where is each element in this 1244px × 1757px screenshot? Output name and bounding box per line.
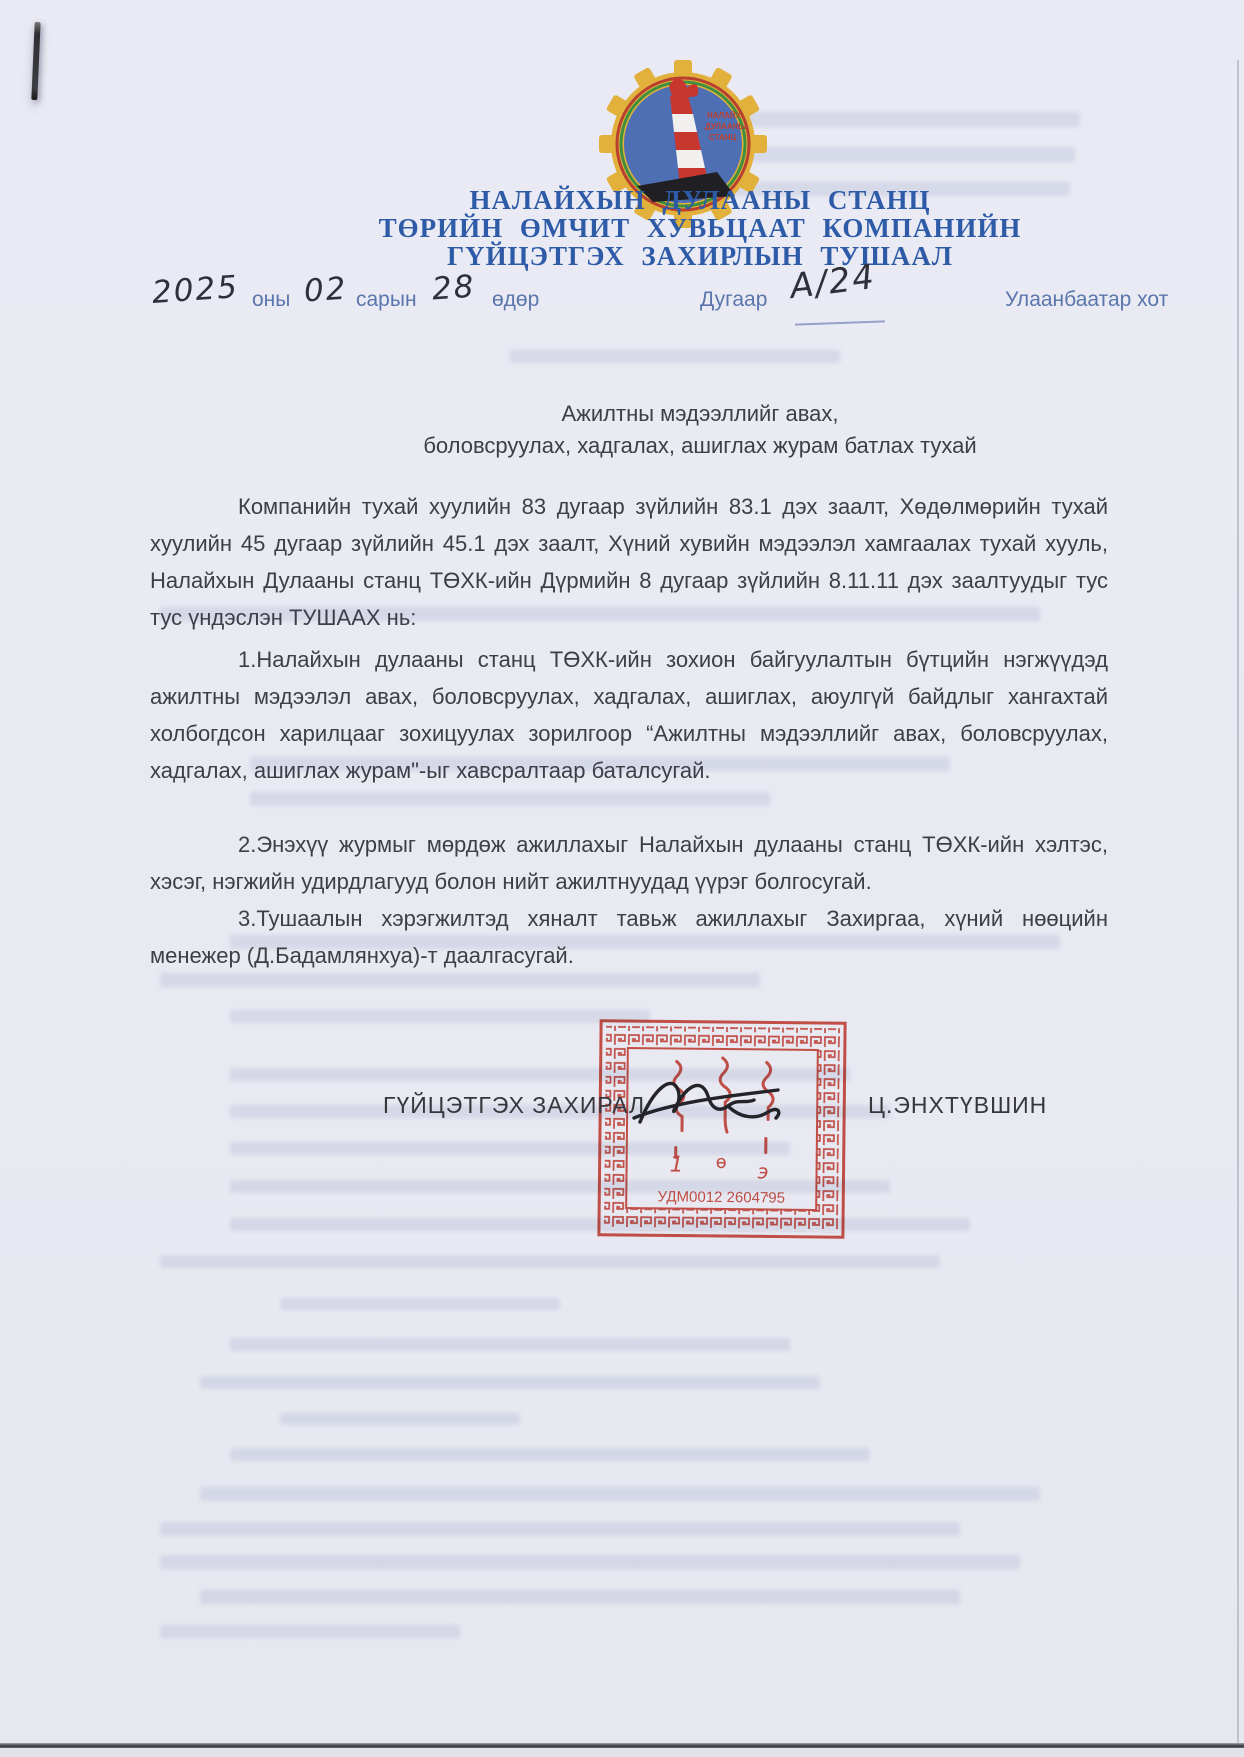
emblem-text-line-1: НАЛАЙХ — [707, 111, 742, 120]
page-edge-shadow — [1237, 60, 1239, 1750]
document-header: НАЛАЙХЫН ДУЛААНЫ СТАНЦ ТӨРИЙН ӨМЧИТ ХУВЬ… — [160, 186, 1240, 270]
svg-text:э: э — [757, 1159, 768, 1183]
paragraph-item-3-text: 3.Тушаалын хэрэгжилтэд хяналт тавьж ажил… — [150, 900, 1108, 974]
label-ony: оны — [252, 288, 290, 312]
paragraph-item-1-text: 1.Налайхын дулааны станц ТӨХК-ийн зохион… — [150, 641, 1108, 789]
ghost-text-line — [280, 1413, 520, 1425]
order-subject: Ажилтны мэдээллийг авах, боловсруулах, х… — [160, 398, 1240, 462]
ghost-text-line — [200, 1376, 820, 1389]
document-type-line: ГҮЙЦЭТГЭХ ЗАХИРЛЫН ТУШААЛ — [160, 242, 1240, 270]
ghost-text-line — [250, 792, 770, 806]
ghost-text-line — [280, 1298, 560, 1310]
ghost-text-line — [510, 350, 840, 363]
paragraph-item-3: 3.Тушаалын хэрэгжилтэд хяналт тавьж ажил… — [150, 900, 1108, 974]
ghost-text-line — [200, 1487, 1040, 1501]
label-dugaar: Дугаар — [700, 288, 767, 312]
city-label: Улаанбаатар хот — [1005, 288, 1168, 312]
signature-row: ГҮЙЦЭТГЭХ ЗАХИРАЛ Ц.ЭНХТҮВШИН — [0, 1090, 1244, 1130]
org-name-line-2: ТӨРИЙН ӨМЧИТ ХУВЬЦААТ КОМПАНИЙН — [160, 214, 1240, 242]
paragraph-item-1: 1.Налайхын дулааны станц ТӨХК-ийн зохион… — [150, 641, 1108, 789]
order-number-underline — [795, 320, 885, 325]
ghost-text-line — [160, 973, 760, 987]
svg-text:1: 1 — [669, 1152, 683, 1177]
ghost-text-line — [160, 1255, 940, 1268]
subject-line-2: боловсруулах, хадгалах, ашиглах журам ба… — [160, 430, 1240, 462]
ghost-text-line — [200, 1590, 960, 1604]
handwritten-month: 02 — [303, 271, 349, 310]
signer-position-label: ГҮЙЦЭТГЭХ ЗАХИРАЛ — [383, 1092, 645, 1119]
handwritten-day: 28 — [431, 269, 477, 308]
staple-mark — [31, 22, 40, 100]
handwritten-year: 2025 — [151, 269, 240, 311]
ghost-text-line — [230, 1338, 790, 1351]
emblem-text-line-3: СТАНЦ — [709, 133, 737, 142]
paragraph-item-2-text: 2.Энэхүү журмыг мөрдөж ажиллахыг Налайхы… — [150, 826, 1108, 900]
paragraph-preamble-text: Компанийн тухай хуулийн 83 дугаар зүйлий… — [150, 488, 1108, 636]
scanned-document-page: НАЛАЙХ ДУЛААНЫ СТАНЦ НАЛАЙХЫН ДУЛААНЫ СТ… — [0, 0, 1244, 1757]
stamp-serial-number: УДМ0012 2604795 — [657, 1188, 785, 1206]
label-odor: өдөр — [492, 288, 539, 312]
ghost-text-line — [160, 1555, 1020, 1569]
ghost-text-line — [230, 1448, 870, 1461]
subject-line-1: Ажилтны мэдээллийг авах, — [160, 398, 1240, 430]
handwritten-signature — [628, 1060, 858, 1150]
ghost-text-line — [160, 1522, 960, 1536]
ghost-text-line — [230, 1010, 650, 1023]
scan-bottom-margin — [0, 1748, 1244, 1757]
svg-text:ѳ: ѳ — [716, 1152, 727, 1173]
ghost-text-line — [160, 1625, 460, 1638]
emblem-text-line-2: ДУЛААНЫ — [705, 122, 746, 131]
paragraph-preamble: Компанийн тухай хуулийн 83 дугаар зүйлий… — [150, 488, 1108, 636]
signer-name-label: Ц.ЭНХТҮВШИН — [868, 1092, 1047, 1119]
label-saryn: сарын — [356, 288, 417, 312]
org-name-line-1: НАЛАЙХЫН ДУЛААНЫ СТАНЦ — [160, 186, 1240, 214]
paragraph-item-2: 2.Энэхүү журмыг мөрдөж ажиллахыг Налайхы… — [150, 826, 1108, 900]
